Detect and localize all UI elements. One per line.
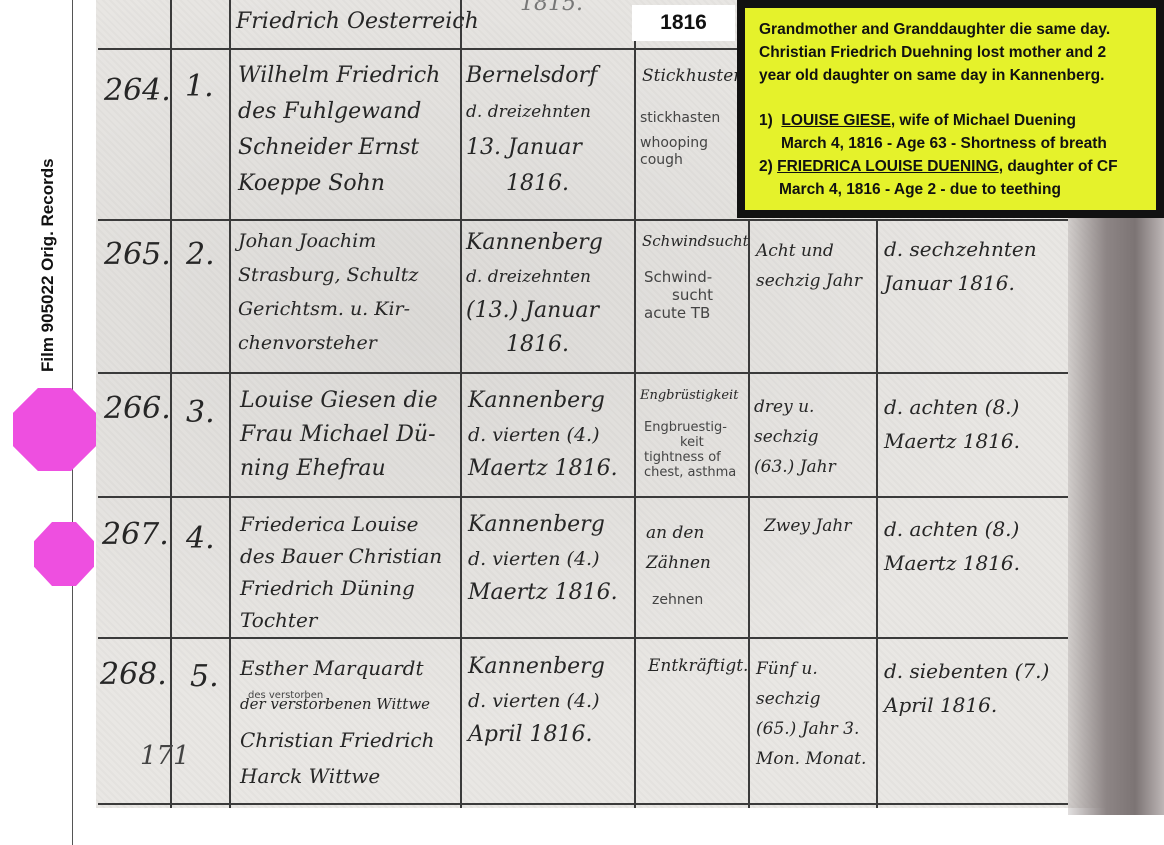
deceased-name: Friederica Louise des Bauer Christian Fr… bbox=[240, 508, 460, 636]
cause-of-death: Engbrüstigkeit bbox=[640, 388, 738, 404]
place-date: Kannenberg d. dreizehnten (13.) Januar 1… bbox=[466, 226, 632, 362]
cause-of-death: an den Zähnen bbox=[646, 518, 742, 578]
annotation-item-1: 1) LOUISE GIESE, wife of Michael Duening bbox=[759, 109, 1146, 132]
place-date: Kannenberg d. vierten (4.) April 1816. bbox=[468, 650, 634, 752]
row-divider bbox=[98, 219, 1068, 221]
entry-number: 266. bbox=[104, 390, 171, 428]
entry-number: 265. bbox=[104, 236, 171, 274]
cause-note: stickhasten whooping cough bbox=[640, 110, 720, 168]
age-at-death: Acht und sechzig Jahr bbox=[756, 236, 871, 296]
place-date: Kannenberg d. vierten (4.) Maertz 1816. bbox=[468, 384, 634, 486]
prev-year-tail: 1815. bbox=[520, 0, 583, 18]
seq-number: 2. bbox=[186, 236, 215, 274]
seq-number: 4. bbox=[186, 520, 215, 558]
row-divider bbox=[98, 803, 1068, 805]
annotation-name: FRIEDRICA LOUISE DUENING bbox=[777, 158, 999, 175]
annotation-content: Grandmother and Granddaughter die same d… bbox=[745, 8, 1156, 210]
annotation-name: LOUISE GIESE bbox=[781, 112, 890, 129]
entry-number: 267. bbox=[102, 516, 169, 554]
age-at-death: Fünf u. sechzig (65.) Jahr 3. Mon. Monat… bbox=[756, 654, 876, 774]
prev-entry-tail: Friedrich Oesterreich bbox=[236, 8, 479, 36]
annotation-detail: March 4, 1816 - Age 2 - due to teething bbox=[759, 178, 1146, 201]
col-divider bbox=[748, 220, 750, 808]
cause-note: zehnen bbox=[652, 592, 703, 609]
name-note: des verstorben bbox=[248, 690, 323, 702]
marker-octagon-266 bbox=[13, 388, 96, 471]
year-label: 1816 bbox=[632, 5, 735, 41]
cause-of-death: Entkräftigt. bbox=[648, 656, 748, 677]
entry-number: 264. bbox=[104, 72, 171, 110]
annotation-box: Grandmother and Granddaughter die same d… bbox=[737, 0, 1164, 218]
age-at-death: drey u. sechzig (63.) Jahr bbox=[754, 392, 874, 482]
seq-number: 3. bbox=[186, 394, 215, 432]
deceased-name: Esther Marquardt der verstorbenen Wittwe… bbox=[240, 650, 460, 794]
place-date: Kannenberg d. vierten (4.) Maertz 1816. bbox=[468, 508, 634, 610]
col-divider bbox=[876, 220, 878, 808]
row-divider bbox=[98, 637, 1068, 639]
annotation-detail: March 4, 1816 - Age 63 - Shortness of br… bbox=[759, 132, 1146, 155]
seq-number: 1. bbox=[185, 68, 214, 106]
annotation-item-2: 2) FRIEDRICA LOUISE DUENING, daughter of… bbox=[759, 155, 1146, 178]
cause-of-death: Schwindsucht bbox=[642, 232, 749, 251]
col-divider bbox=[460, 0, 462, 808]
deceased-name: Louise Giesen die Frau Michael Dü- ning … bbox=[240, 384, 460, 486]
age-at-death: Zwey Jahr bbox=[764, 516, 851, 537]
col-divider bbox=[634, 40, 636, 808]
row-divider bbox=[98, 496, 1068, 498]
burial-date: d. achten (8.) Maertz 1816. bbox=[884, 512, 1064, 580]
burial-date: d. sechzehnten Januar 1816. bbox=[884, 232, 1064, 300]
burial-date: d. achten (8.) Maertz 1816. bbox=[884, 390, 1064, 458]
annotation-line: Christian Friedrich Duehning lost mother… bbox=[759, 41, 1146, 64]
cause-of-death: Stickhusten bbox=[642, 66, 744, 87]
film-label: Film 905022 Orig. Records bbox=[38, 158, 58, 372]
row-divider bbox=[98, 372, 1068, 374]
seq-number: 5. bbox=[190, 658, 219, 696]
deceased-name: Wilhelm Friedrich des Fuhlgewand Schneid… bbox=[238, 58, 458, 202]
deceased-name: Johan Joachim Strasburg, Schultz Gericht… bbox=[238, 224, 458, 360]
cause-note: Engbruestig- keit tightness of chest, as… bbox=[644, 420, 736, 480]
entry-number: 268. bbox=[100, 656, 167, 694]
annotation-line: year old daughter on same day in Kannenb… bbox=[759, 64, 1146, 87]
burial-date: d. siebenten (7.) April 1816. bbox=[884, 654, 1064, 722]
cause-note: Schwind- sucht acute TB bbox=[644, 268, 713, 322]
folio-mark: 171 bbox=[140, 740, 190, 773]
annotation-line: Grandmother and Granddaughter die same d… bbox=[759, 18, 1146, 41]
row-divider bbox=[98, 48, 738, 50]
place-date: Bernelsdorf d. dreizehnten 13. Januar 18… bbox=[466, 58, 632, 202]
col-divider bbox=[229, 0, 231, 808]
